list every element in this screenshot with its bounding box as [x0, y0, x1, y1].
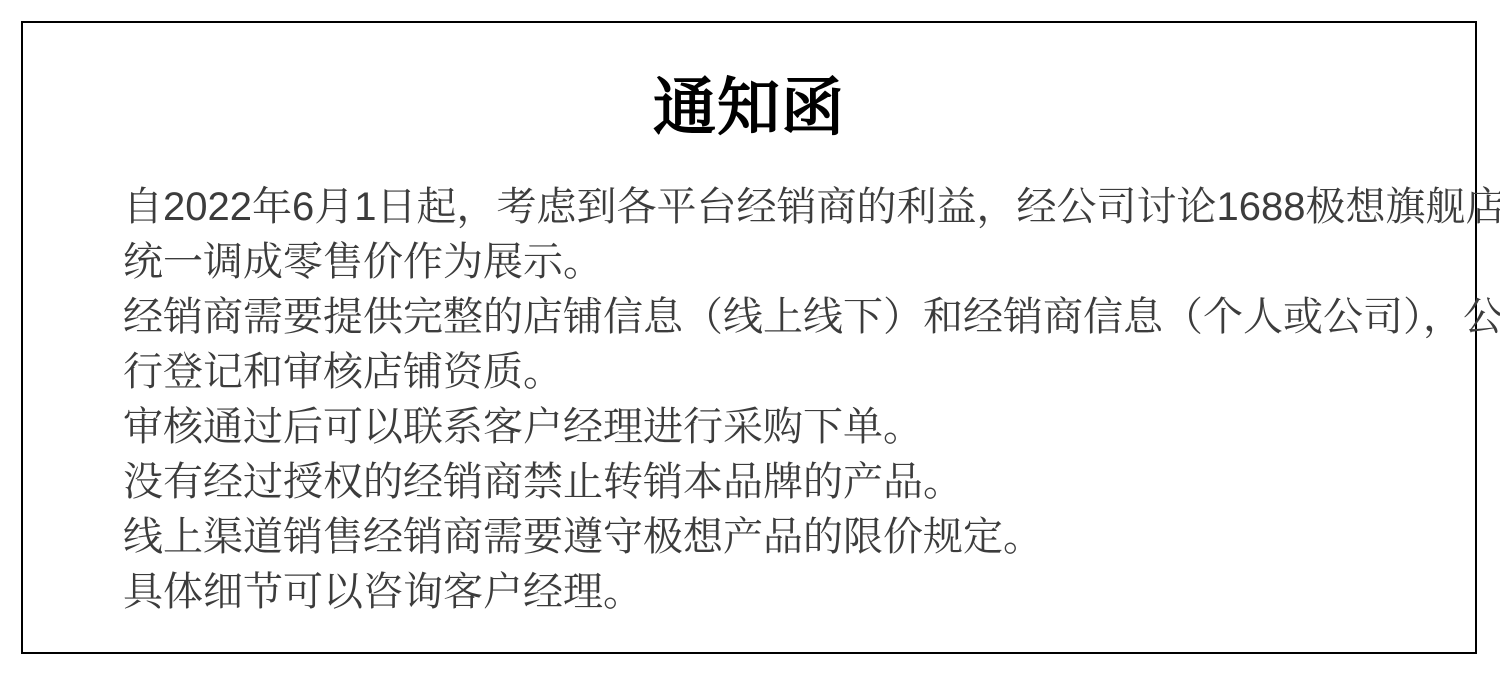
notice-line: 行登记和审核店铺资质。: [123, 345, 1395, 400]
notice-border-frame: 通知函 自2022年6月1日起，考虑到各平台经销商的利益，经公司讨论1688极想…: [21, 21, 1477, 654]
notice-page: 通知函 自2022年6月1日起，考虑到各平台经销商的利益，经公司讨论1688极想…: [0, 0, 1500, 676]
notice-line: 经销商需要提供完整的店铺信息（线上线下）和经销商信息（个人或公司），公司会进: [123, 290, 1395, 345]
notice-title: 通知函: [23, 73, 1475, 143]
notice-line: 没有经过授权的经销商禁止转销本品牌的产品。: [123, 455, 1395, 510]
notice-line: 统一调成零售价作为展示。: [123, 235, 1395, 290]
notice-body: 自2022年6月1日起，考虑到各平台经销商的利益，经公司讨论1688极想旗舰店产…: [123, 180, 1395, 620]
notice-line: 自2022年6月1日起，考虑到各平台经销商的利益，经公司讨论1688极想旗舰店产…: [123, 180, 1395, 235]
notice-line: 线上渠道销售经销商需要遵守极想产品的限价规定。: [123, 510, 1395, 565]
notice-line: 具体细节可以咨询客户经理。: [123, 565, 1395, 620]
notice-line: 审核通过后可以联系客户经理进行采购下单。: [123, 400, 1395, 455]
